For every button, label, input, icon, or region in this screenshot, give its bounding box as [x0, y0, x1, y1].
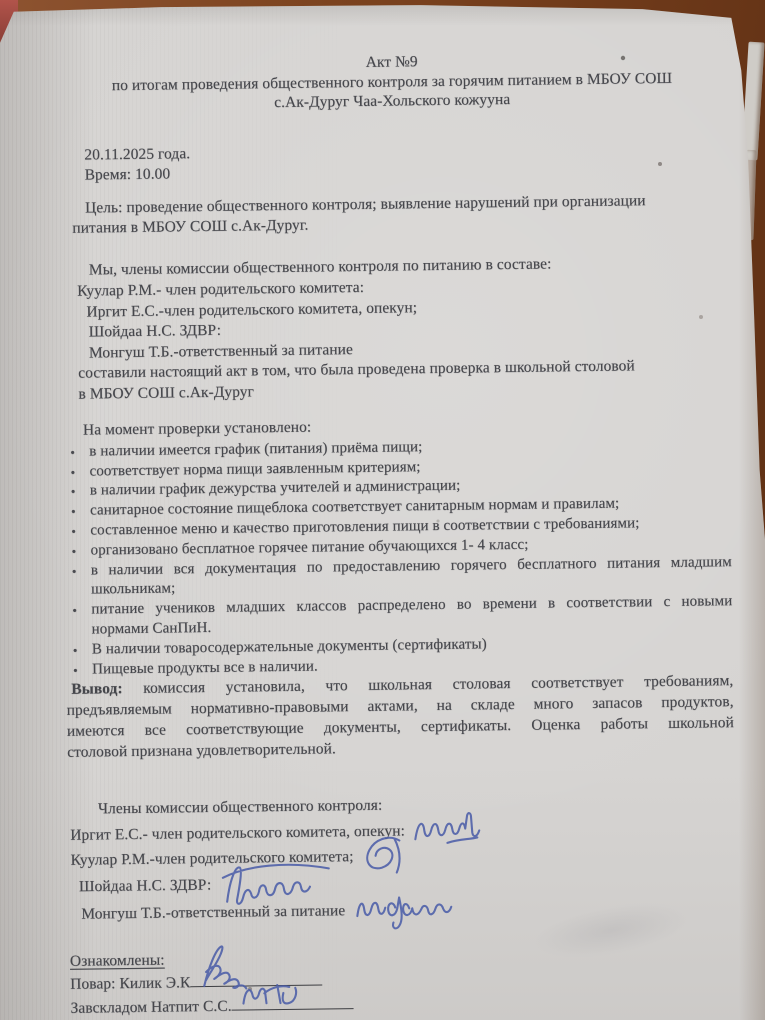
signature-natpit	[237, 974, 304, 1015]
acknowledged-label: Повар: Килик Э.К	[70, 974, 190, 993]
signatory-row: Куулар Р.М.-член родительского комитета;	[70, 842, 735, 871]
findings-list: в наличии имеется график (питания) приём…	[63, 434, 733, 680]
signature-irgit	[411, 808, 504, 849]
signature-mongush	[351, 884, 456, 931]
finding-text: в наличии график дежурства учителей и ад…	[90, 478, 461, 499]
photo-background: Акт №9 по итогам проведения общественног…	[0, 0, 765, 1020]
purpose-paragraph: Цель: проведение общественного контроля;…	[72, 190, 727, 239]
signature-shoidaa	[217, 856, 336, 908]
finding-text: соответствует норма пищи заявленным крит…	[89, 459, 420, 479]
finding-text: организовано бесплатное горячее питание …	[90, 537, 528, 559]
signatory-row: Монгуш Т.Б.-ответственный за питание	[81, 896, 736, 925]
document-page: Акт №9 по итогам проведения общественног…	[0, 0, 765, 1020]
date-block: 20.11.2025 года. Время: 10.00	[84, 137, 726, 185]
finding-text: В наличии товаросодержательные документы…	[92, 636, 487, 657]
document-content: Акт №9 по итогам проведения общественног…	[58, 42, 738, 1020]
signatory-label: Иргит Е.С.- член родительского комитета,…	[70, 822, 405, 843]
signatory-label: Шойдаа Н.С. ЗДВР:	[79, 877, 212, 896]
document-header: Акт №9 по итогам проведения общественног…	[58, 48, 726, 115]
finding-text: в наличии имеется график (питания) приём…	[89, 439, 422, 459]
signature-kuular	[359, 832, 418, 877]
signature-line	[231, 994, 353, 1011]
conclusion-paragraph: Вывод: комиссия установила, что школьная…	[66, 672, 734, 764]
commission-section: Мы, члены комиссии общественного контрол…	[61, 252, 730, 405]
conclusion-label: Вывод:	[71, 681, 122, 699]
finding-text: Пищевые продукты все в наличии.	[92, 658, 318, 677]
acknowledged-label: Завскладом Натпит С.С.	[70, 997, 231, 1016]
acknowledged-section: Ознакомлены: Повар: Килик Э.К Завскладом…	[70, 941, 738, 1020]
